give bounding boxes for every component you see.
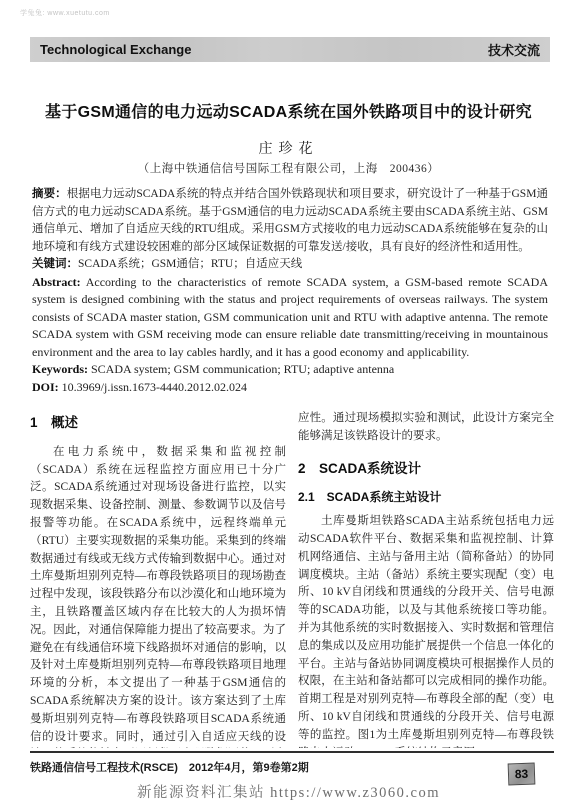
- abstract-cn: 摘要：根据电力远动SCADA系统的特点并结合国外铁路现状和项目要求，研究设计了一…: [32, 186, 548, 256]
- article-affiliation: （上海中铁通信信号国际工程有限公司，上海 200436）: [0, 160, 577, 176]
- abstract-en-label: Abstract:: [32, 275, 81, 289]
- doi-value: 10.3969/j.issn.1673-4440.2012.02.024: [62, 380, 247, 394]
- abstract-en: Abstract: According to the characteristi…: [32, 274, 548, 362]
- keywords-en-text: SCADA system; GSM communication; RTU; ad…: [91, 362, 394, 376]
- keywords-cn-label: 关键词：: [32, 258, 78, 270]
- footer-journal-info: 铁路通信信号工程技术(RSCE) 2012年4月，第9卷第2期: [30, 759, 309, 775]
- section-2-heading: 2 SCADA系统设计: [298, 460, 554, 478]
- section-2-1-paragraph: 土库曼斯坦铁路SCADA主站系统包括电力远动SCADA软件平台、数据采集和监视控…: [298, 513, 554, 748]
- keywords-en: Keywords: SCADA system; GSM communicatio…: [32, 361, 548, 379]
- abstract-cn-label: 摘要：: [32, 188, 67, 200]
- article-author: 庄珍花: [0, 138, 577, 158]
- header-left-label: Technological Exchange: [40, 42, 191, 57]
- bottom-watermark: 新能源资料汇集站 https://www.z3060.com: [0, 781, 577, 802]
- keywords-en-label: Keywords:: [32, 362, 88, 376]
- doi-label: DOI:: [32, 380, 59, 394]
- two-column-body: 1 概述 在电力系统中，数据采集和监视控制（SCADA）系统在远程监控方面应用已…: [30, 410, 554, 748]
- column-left: 1 概述 在电力系统中，数据采集和监视控制（SCADA）系统在远程监控方面应用已…: [30, 410, 286, 748]
- header-bar: Technological Exchange 技术交流: [30, 37, 550, 62]
- continuation-paragraph: 应性。通过现场模拟实验和测试，此设计方案完全能够满足该铁路设计的要求。: [298, 410, 554, 446]
- scanned-paper-page: 学兔兔: www.xuetutu.com Technological Excha…: [0, 0, 577, 811]
- article-title: 基于GSM通信的电力远动SCADA系统在国外铁路项目中的设计研究: [20, 99, 557, 122]
- section-1-paragraph: 在电力系统中，数据采集和监视控制（SCADA）系统在远程监控方面应用已十分广泛。…: [30, 444, 286, 748]
- abstract-block: 摘要：根据电力远动SCADA系统的特点并结合国外铁路现状和项目要求，研究设计了一…: [32, 186, 548, 410]
- header-right-label: 技术交流: [488, 40, 540, 59]
- abstract-cn-text: 根据电力远动SCADA系统的特点并结合国外铁路现状和项目要求，研究设计了一种基于…: [32, 188, 548, 253]
- doi-line: DOI: 10.3969/j.issn.1673-4440.2012.02.02…: [32, 379, 548, 397]
- keywords-cn-text: SCADA系统；GSM通信；RTU；自适应天线: [78, 258, 302, 270]
- section-1-heading: 1 概述: [30, 414, 286, 432]
- abstract-en-text: According to the characteristics of remo…: [32, 275, 548, 359]
- column-right: 应性。通过现场模拟实验和测试，此设计方案完全能够满足该铁路设计的要求。 2 SC…: [298, 410, 554, 748]
- top-watermark: 学兔兔: www.xuetutu.com: [20, 8, 110, 18]
- footer-divider: [30, 751, 554, 753]
- keywords-cn: 关键词：SCADA系统；GSM通信；RTU；自适应天线: [32, 256, 548, 274]
- section-2-1-heading: 2.1 SCADA系统主站设计: [298, 489, 554, 507]
